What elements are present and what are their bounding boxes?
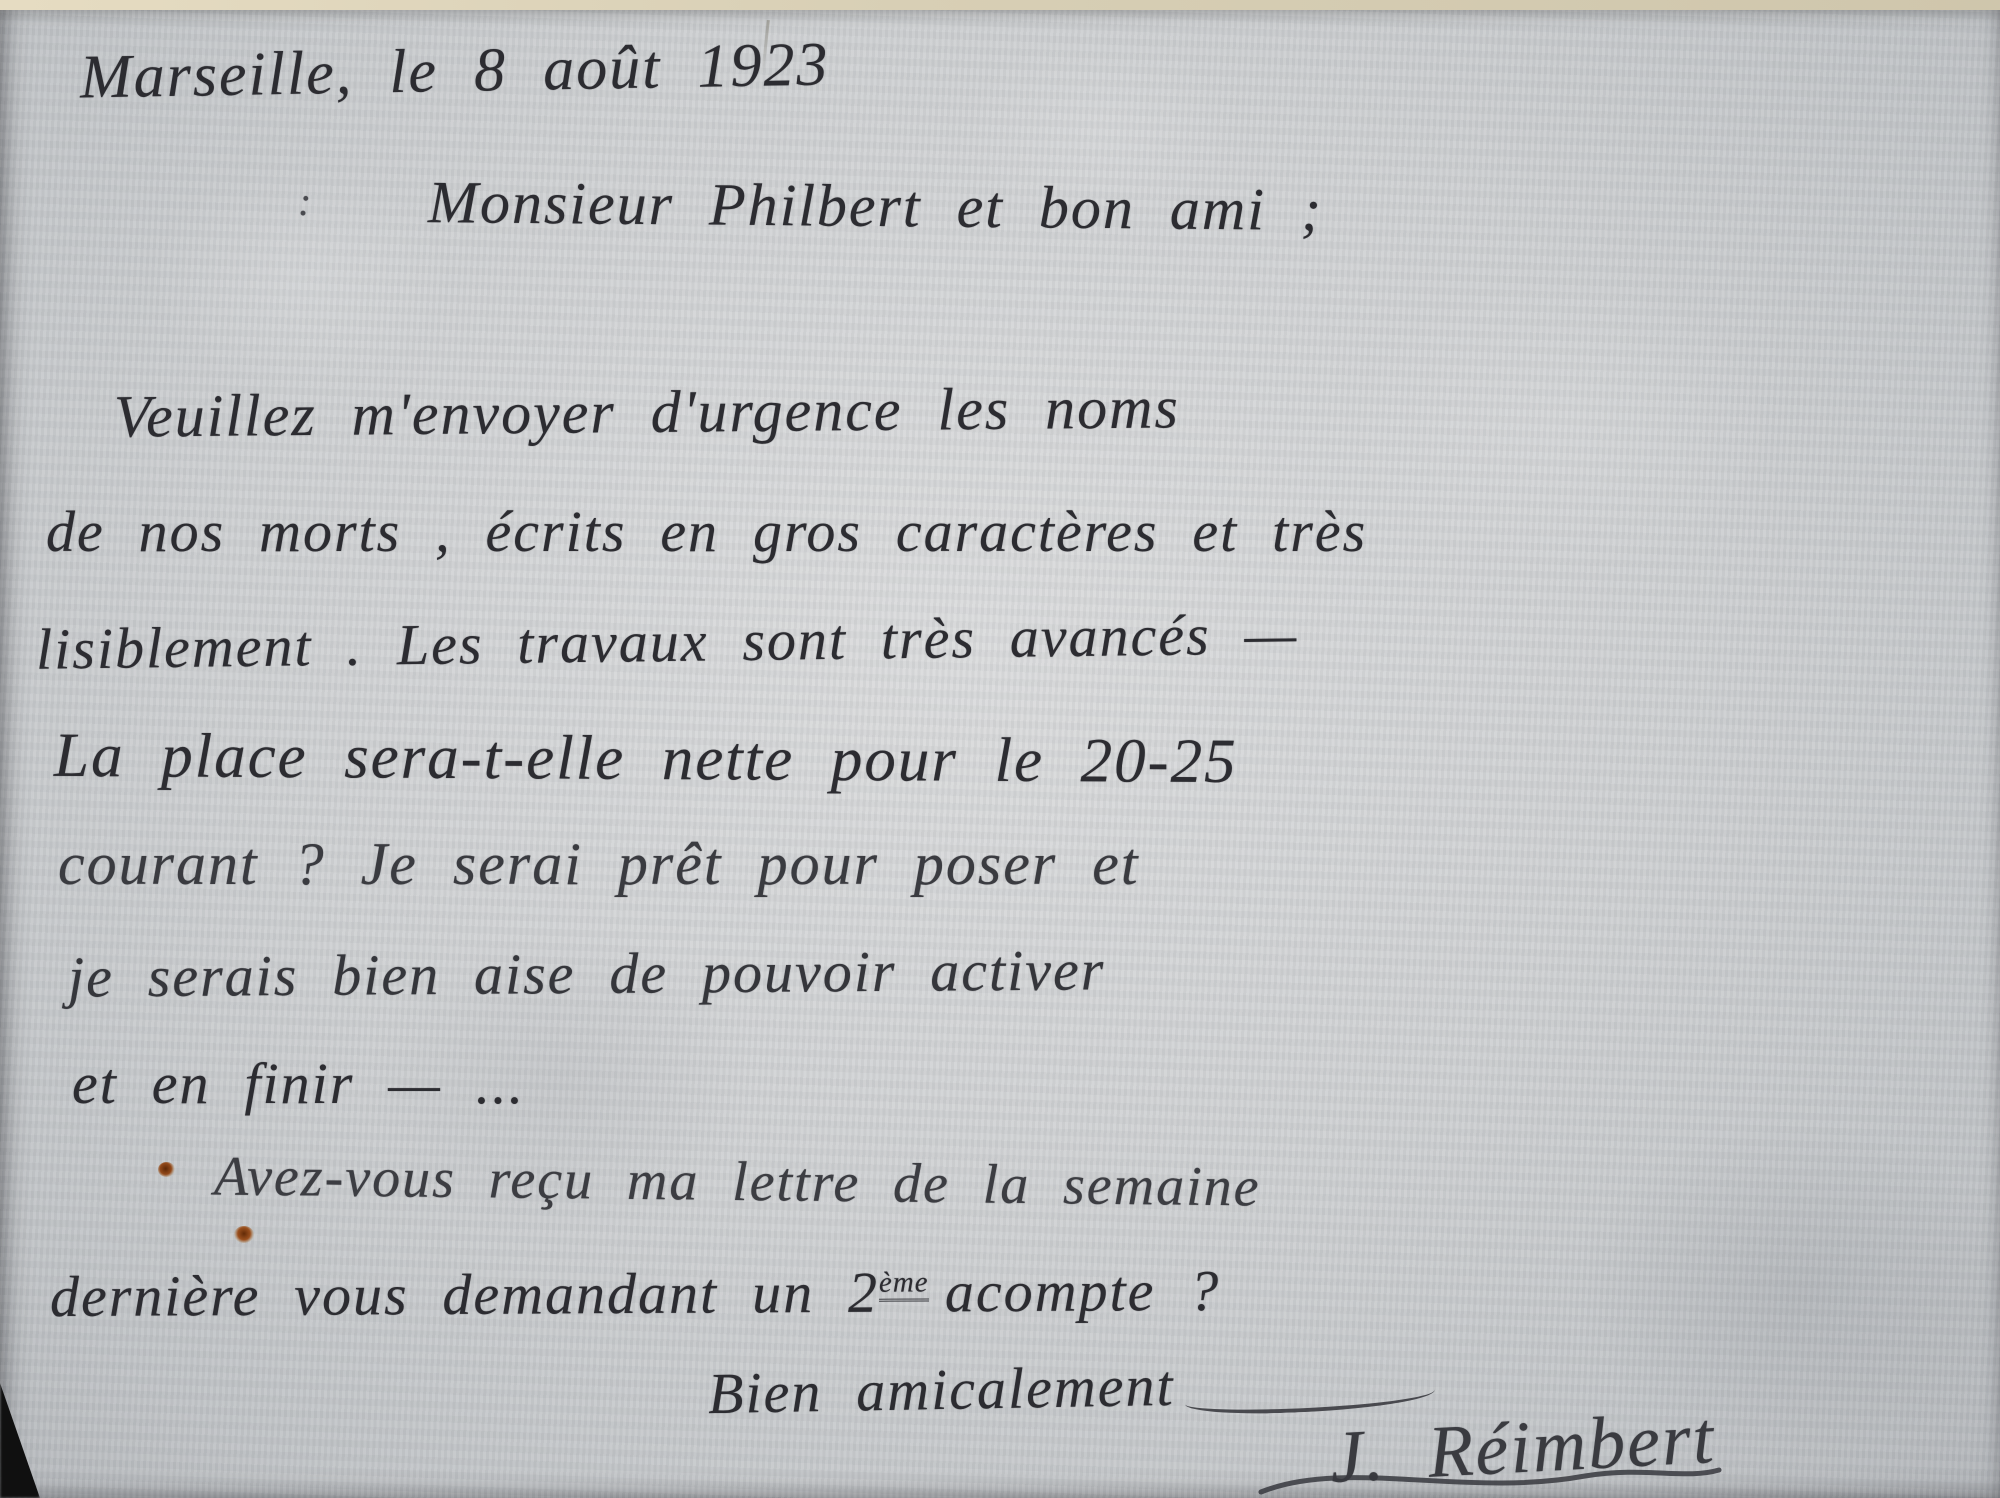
letter-line-text: acompte ?	[945, 1258, 1221, 1324]
letter-line: Avez-vous reçu ma lettre de la semaine	[214, 1145, 1261, 1220]
salutation-mark: :	[298, 178, 313, 225]
foxing-spot	[158, 1162, 175, 1177]
letter-line: Veuillez m'envoyer d'urgence les noms	[114, 373, 1180, 451]
letter-text: Marseille, le 8 août 1923 : Monsieur Phi…	[0, 10, 2000, 1498]
letter-line: lisiblement . Les travaux sont très avan…	[36, 600, 1299, 682]
letter-closing: Bien amicalement	[707, 1352, 1175, 1427]
letter-line: courant ? Je serai prêt pour poser et	[58, 830, 1140, 899]
letter-photo: Marseille, le 8 août 1923 : Monsieur Phi…	[0, 0, 2000, 1498]
pen-flourish	[1185, 1378, 1436, 1417]
letter-line-text: dernière vous demandant un 2	[50, 1260, 879, 1329]
letter-line: de nos morts , écrits en gros caractères…	[46, 498, 1367, 565]
ordinal-superscript: ème	[879, 1266, 929, 1301]
letter-paper: Marseille, le 8 août 1923 : Monsieur Phi…	[0, 10, 2000, 1498]
foxing-spot	[234, 1226, 254, 1243]
letter-line: dernière vous demandant un 2èmeacompte ?	[50, 1257, 1221, 1330]
signature-flourish	[1255, 1462, 1725, 1498]
letter-dateline: Marseille, le 8 août 1923	[79, 29, 830, 113]
letter-line: La place sera-t-elle nette pour le 20-25	[54, 719, 1238, 798]
letter-salutation: Monsieur Philbert et bon ami ;	[428, 168, 1323, 245]
letter-line: et en finir — ...	[72, 1050, 525, 1117]
letter-line: je serais bien aise de pouvoir activer	[68, 936, 1106, 1010]
